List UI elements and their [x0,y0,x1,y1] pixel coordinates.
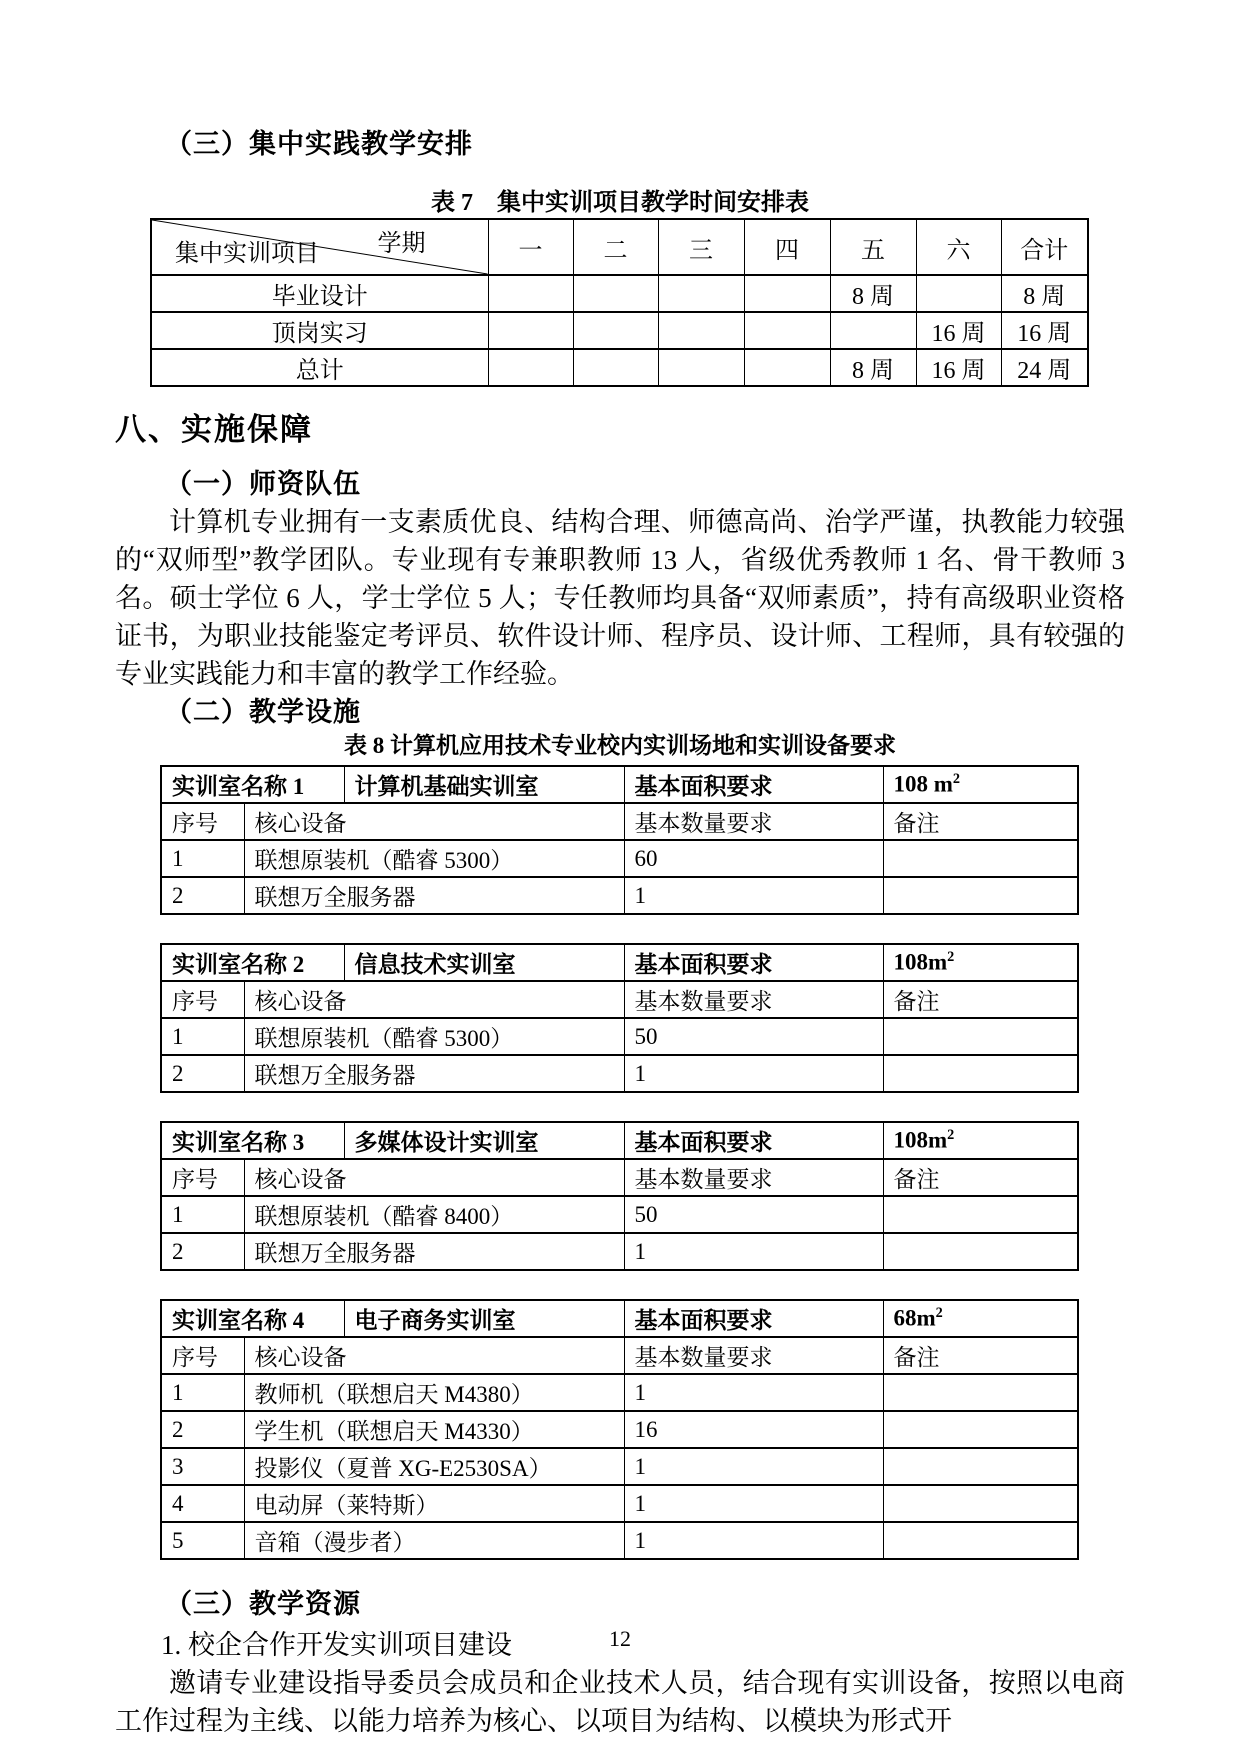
qty-header: 基本数量要求 [624,1159,883,1196]
note-header: 备注 [883,981,1078,1018]
week-cell [658,349,744,386]
qty-cell: 1 [624,1485,883,1522]
qty-cell: 16 [624,1411,883,1448]
device-header: 核心设备 [244,981,624,1018]
week-cell: 8 周 [830,275,916,312]
week-cell [916,275,1001,312]
room-name: 计算机基础实训室 [344,766,624,803]
area-label: 基本面积要求 [624,1122,883,1159]
table7-caption: 表 7 集中实训项目教学时间安排表 [115,188,1125,218]
note-cell [883,1018,1078,1055]
note-cell [883,1055,1078,1092]
area-label: 基本面积要求 [624,766,883,803]
device-cell: 联想原装机（酷睿 8400） [244,1196,624,1233]
project-label: 顶岗实习 [151,312,488,349]
week-cell: 16 周 [916,349,1001,386]
heading-implementation-support: 八、实施保障 [115,409,1125,451]
room-name-row: 实训室名称 2 信息技术实训室 基本面积要求 108m2 [161,944,1078,981]
table8-room-2: 实训室名称 2 信息技术实训室 基本面积要求 108m2 序号 核心设备 基本数… [160,943,1079,1093]
note-header: 备注 [883,1159,1078,1196]
note-cell [883,1522,1078,1559]
table-row: 1 教师机（联想启天 M4380） 1 [161,1374,1078,1411]
table-row: 2 联想万全服务器 1 [161,1233,1078,1270]
semester-header: 六 [916,219,1001,275]
page-number: 12 [0,1626,1240,1652]
note-cell [883,1374,1078,1411]
table-row: 1 联想原装机（酷睿 5300） 50 [161,1018,1078,1055]
note-header: 备注 [883,1337,1078,1374]
table-row: 总计 8 周 16 周 24 周 [151,349,1088,386]
project-label: 毕业设计 [151,275,488,312]
note-cell [883,1485,1078,1522]
room-name-label: 实训室名称 3 [161,1122,344,1159]
heading-teaching-resources: （三）教学资源 [115,1588,1125,1620]
device-cell: 音箱（漫步者） [244,1522,624,1559]
week-cell [488,312,573,349]
seq-cell: 1 [161,1018,244,1055]
table-row: 4 电动屏（莱特斯） 1 [161,1485,1078,1522]
area-superscript: 2 [947,949,954,965]
project-label: 总计 [151,349,488,386]
table8-room-3: 实训室名称 3 多媒体设计实训室 基本面积要求 108m2 序号 核心设备 基本… [160,1121,1079,1271]
corner-label-semester: 学期 [378,223,426,258]
room-name-row: 实训室名称 4 电子商务实训室 基本面积要求 68m2 [161,1300,1078,1337]
device-cell: 电动屏（莱特斯） [244,1485,624,1522]
area-superscript: 2 [953,771,960,787]
device-cell: 联想原装机（酷睿 5300） [244,1018,624,1055]
semester-header: 四 [744,219,830,275]
table-row: 2 学生机（联想启天 M4330） 16 [161,1411,1078,1448]
semester-header: 三 [658,219,744,275]
qty-header: 基本数量要求 [624,981,883,1018]
qty-cell: 1 [624,1055,883,1092]
column-header-row: 序号 核心设备 基本数量要求 备注 [161,981,1078,1018]
room-name-label: 实训室名称 1 [161,766,344,803]
seq-cell: 1 [161,1196,244,1233]
note-cell [883,840,1078,877]
week-cell [658,275,744,312]
room-name-row: 实训室名称 3 多媒体设计实训室 基本面积要求 108m2 [161,1122,1078,1159]
area-value: 68m2 [883,1300,1078,1337]
device-header: 核心设备 [244,803,624,840]
note-cell [883,1196,1078,1233]
week-total-cell: 16 周 [1001,312,1088,349]
resources-paragraph: 邀请专业建设指导委员会成员和企业技术人员，结合现有实训设备，按照以电商工作过程为… [115,1664,1125,1740]
week-cell [658,312,744,349]
device-cell: 投影仪（夏普 XG-E2530SA） [244,1448,624,1485]
table-row: 1 联想原装机（酷睿 5300） 60 [161,840,1078,877]
area-value: 108 m2 [883,766,1078,803]
room-name: 电子商务实训室 [344,1300,624,1337]
seq-cell: 4 [161,1485,244,1522]
week-cell [573,312,658,349]
table-row: 5 音箱（漫步者） 1 [161,1522,1078,1559]
table-row: 1 联想原装机（酷睿 8400） 50 [161,1196,1078,1233]
seq-cell: 5 [161,1522,244,1559]
week-cell [744,349,830,386]
week-total-cell: 24 周 [1001,349,1088,386]
seq-cell: 2 [161,1233,244,1270]
column-header-row: 序号 核心设备 基本数量要求 备注 [161,803,1078,840]
device-cell: 联想万全服务器 [244,877,624,914]
week-cell [573,349,658,386]
table-row: 顶岗实习 16 周 16 周 [151,312,1088,349]
area-superscript: 2 [936,1305,943,1321]
device-cell: 联想万全服务器 [244,1055,624,1092]
table7-header-row: 学期 集中实训项目 一 二 三 四 五 六 合计 [151,219,1088,275]
device-header: 核心设备 [244,1159,624,1196]
room-name: 多媒体设计实训室 [344,1122,624,1159]
table-row: 2 联想万全服务器 1 [161,877,1078,914]
semester-header: 一 [488,219,573,275]
qty-cell: 1 [624,1233,883,1270]
seq-cell: 2 [161,877,244,914]
corner-label-project: 集中实训项目 [175,233,319,268]
week-cell [488,349,573,386]
week-cell [488,275,573,312]
week-cell [744,312,830,349]
qty-header: 基本数量要求 [624,1337,883,1374]
column-header-row: 序号 核心设备 基本数量要求 备注 [161,1337,1078,1374]
device-cell: 学生机（联想启天 M4330） [244,1411,624,1448]
area-label: 基本面积要求 [624,944,883,981]
seq-cell: 3 [161,1448,244,1485]
document-page: （三）集中实践教学安排 表 7 集中实训项目教学时间安排表 学期 集中实训项目 … [0,0,1240,1754]
qty-cell: 50 [624,1196,883,1233]
note-cell [883,877,1078,914]
table7-corner-cell: 学期 集中实训项目 [151,219,488,275]
room-name-label: 实训室名称 4 [161,1300,344,1337]
table-row: 2 联想万全服务器 1 [161,1055,1078,1092]
table8-room-1: 实训室名称 1 计算机基础实训室 基本面积要求 108 m2 序号 核心设备 基… [160,765,1079,915]
qty-cell: 1 [624,1522,883,1559]
seq-cell: 1 [161,840,244,877]
room-name: 信息技术实训室 [344,944,624,981]
table8-caption: 表 8 计算机应用技术专业校内实训场地和实训设备要求 [115,733,1125,759]
area-value: 108m2 [883,1122,1078,1159]
table8-room-4: 实训室名称 4 电子商务实训室 基本面积要求 68m2 序号 核心设备 基本数量… [160,1299,1079,1560]
qty-cell: 60 [624,840,883,877]
area-value: 108m2 [883,944,1078,981]
area-label: 基本面积要求 [624,1300,883,1337]
area-superscript: 2 [947,1127,954,1143]
device-cell: 联想原装机（酷睿 5300） [244,840,624,877]
note-cell [883,1233,1078,1270]
week-cell [830,312,916,349]
semester-header: 二 [573,219,658,275]
qty-header: 基本数量要求 [624,803,883,840]
seq-header: 序号 [161,803,244,840]
room-name-label: 实训室名称 2 [161,944,344,981]
week-cell [744,275,830,312]
week-cell: 8 周 [830,349,916,386]
heading-practice-arrangement: （三）集中实践教学安排 [115,126,1125,162]
qty-cell: 1 [624,1448,883,1485]
seq-header: 序号 [161,981,244,1018]
qty-cell: 1 [624,877,883,914]
week-cell: 16 周 [916,312,1001,349]
faculty-paragraph: 计算机专业拥有一支素质优良、结构合理、师德高尚、治学严谨，执教能力较强的“双师型… [115,503,1125,693]
device-header: 核心设备 [244,1337,624,1374]
table7-schedule: 学期 集中实训项目 一 二 三 四 五 六 合计 毕业设计 8 周 8 周 [150,218,1089,387]
semester-header: 五 [830,219,916,275]
seq-cell: 1 [161,1374,244,1411]
total-header: 合计 [1001,219,1088,275]
room-name-row: 实训室名称 1 计算机基础实训室 基本面积要求 108 m2 [161,766,1078,803]
note-cell [883,1411,1078,1448]
column-header-row: 序号 核心设备 基本数量要求 备注 [161,1159,1078,1196]
note-cell [883,1448,1078,1485]
week-total-cell: 8 周 [1001,275,1088,312]
seq-cell: 2 [161,1055,244,1092]
qty-cell: 50 [624,1018,883,1055]
seq-header: 序号 [161,1337,244,1374]
table-row: 3 投影仪（夏普 XG-E2530SA） 1 [161,1448,1078,1485]
heading-faculty: （一）师资队伍 [115,467,1125,501]
table-row: 毕业设计 8 周 8 周 [151,275,1088,312]
note-header: 备注 [883,803,1078,840]
device-cell: 教师机（联想启天 M4380） [244,1374,624,1411]
heading-teaching-facilities: （二）教学设施 [115,695,1125,729]
seq-header: 序号 [161,1159,244,1196]
seq-cell: 2 [161,1411,244,1448]
qty-cell: 1 [624,1374,883,1411]
week-cell [573,275,658,312]
device-cell: 联想万全服务器 [244,1233,624,1270]
